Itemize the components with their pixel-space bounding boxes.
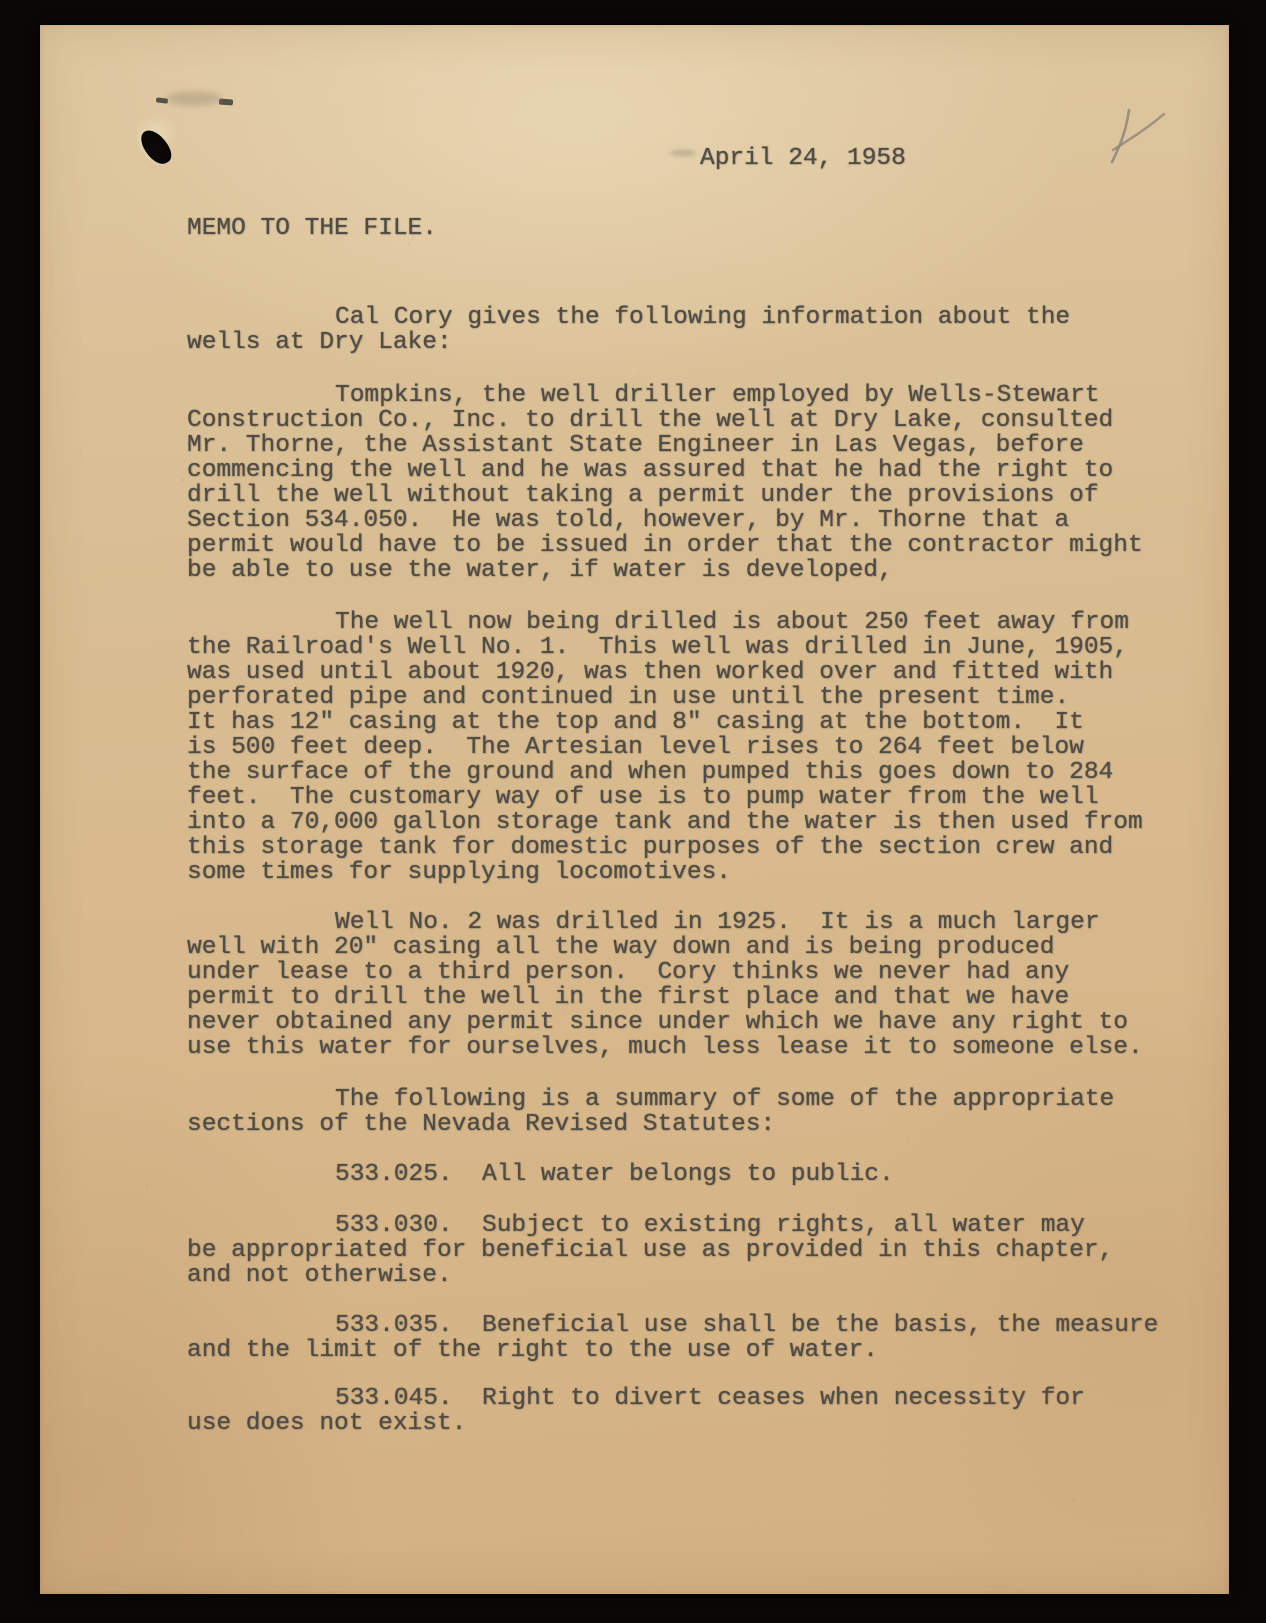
statute-533-035: 533.035. Beneficial use shall be the bas… [187, 1313, 1158, 1363]
memo-heading: MEMO TO THE FILE. [187, 216, 437, 241]
paper-sheet: April 24, 1958 MEMO TO THE FILE. Cal Cor… [40, 25, 1229, 1594]
memo-paragraph-statutes-intro: The following is a summary of some of th… [187, 1087, 1114, 1137]
memo-paragraph-well-no-2: Well No. 2 was drilled in 1925. It is a … [187, 910, 1143, 1060]
memo-paragraph-intro: Cal Cory gives the following information… [187, 305, 1070, 355]
statute-533-045: 533.045. Right to divert ceases when nec… [187, 1386, 1085, 1436]
memo-paragraph-tompkins: Tompkins, the well driller employed by W… [187, 383, 1143, 583]
memo-paragraph-well-no-1: The well now being drilled is about 250 … [187, 610, 1143, 885]
pencil-x-mark [1090, 97, 1180, 197]
memo-date: April 24, 1958 [700, 146, 906, 171]
statute-533-025: 533.025. All water belongs to public. [187, 1162, 894, 1187]
ink-smudge-near-date [670, 150, 696, 156]
statute-533-030: 533.030. Subject to existing rights, all… [187, 1213, 1113, 1288]
pencil-smudge [166, 91, 222, 106]
